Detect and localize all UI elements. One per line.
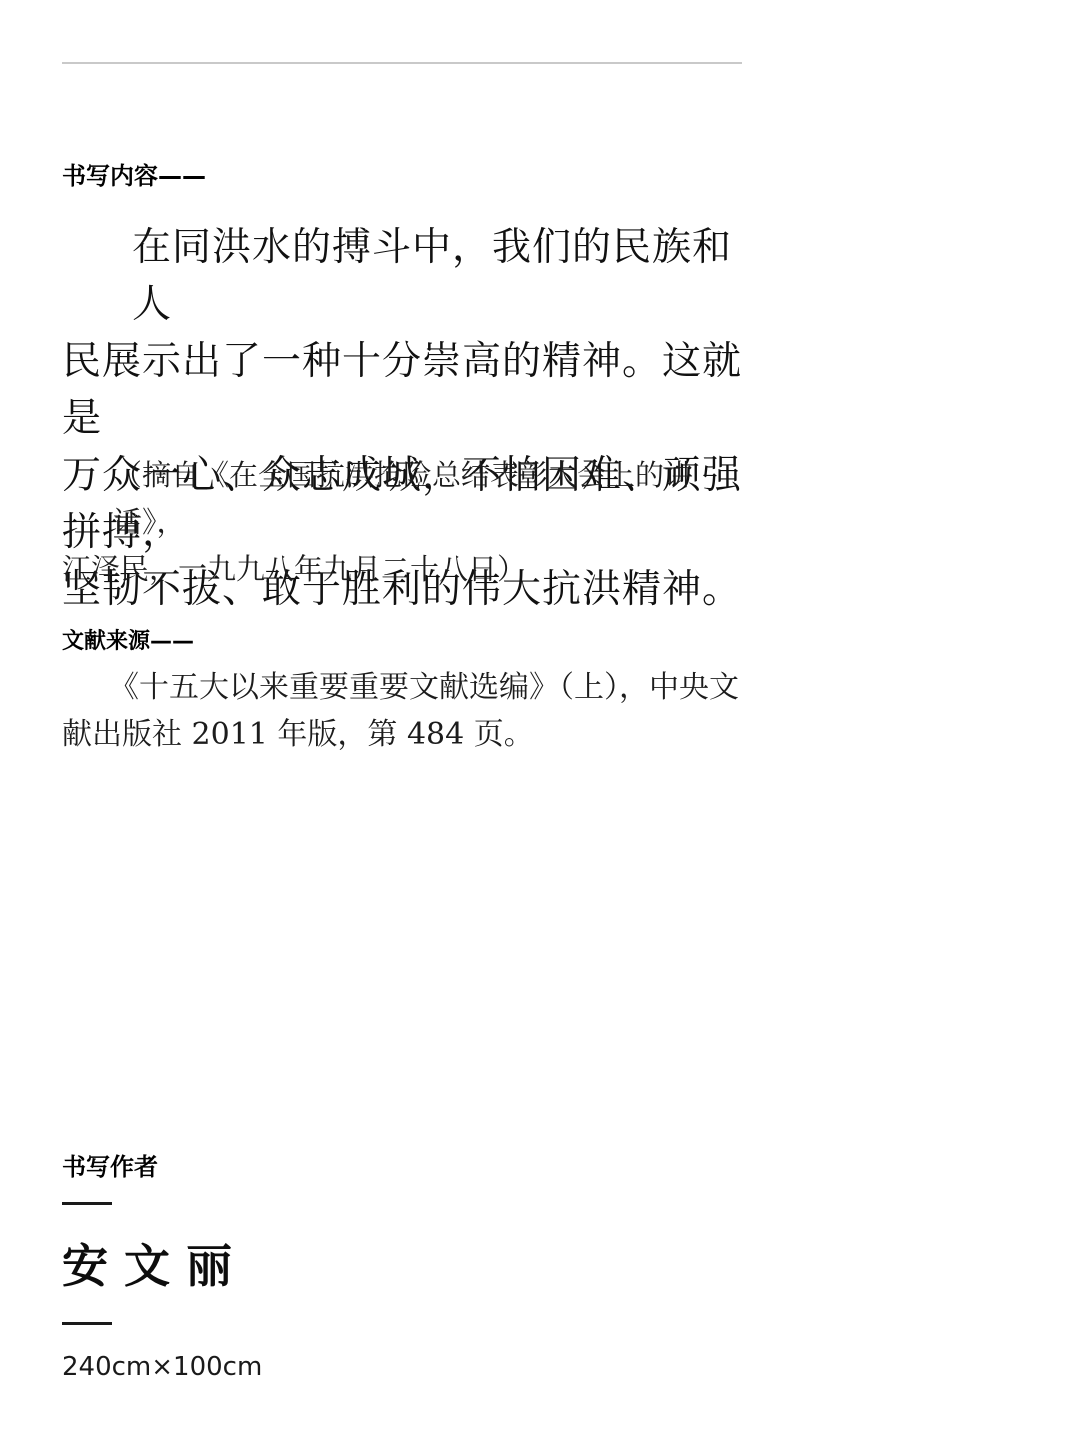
citation-line: （摘自《在全国抗洪抢险总结表彰大会上的讲话》， — [62, 452, 752, 546]
author-name: 安文丽 — [62, 1238, 248, 1294]
citation-line: 江泽民，一九九八年九月二十八日） — [62, 546, 752, 593]
citation-text: （摘自《在全国抗洪抢险总结表彰大会上的讲话》， 江泽民，一九九八年九月二十八日） — [62, 452, 752, 593]
content-section-heading: 书写内容—— — [62, 160, 206, 192]
top-divider — [62, 62, 742, 64]
rule-below-author-name — [62, 1322, 112, 1325]
artwork-dimensions: 240cm×100cm — [62, 1350, 262, 1384]
source-line: 《十五大以来重要重要文献选编》（上），中央文 — [62, 664, 752, 711]
source-line: 献出版社 2011 年版，第 484 页。 — [62, 711, 752, 758]
author-section-heading: 书写作者 — [62, 1152, 158, 1182]
article-page: 书写内容—— 在同洪水的搏斗中，我们的民族和人 民展示出了一种十分崇高的精神。这… — [0, 0, 1080, 1439]
source-section-heading: 文献来源—— — [62, 628, 194, 656]
body-line: 在同洪水的搏斗中，我们的民族和人 — [62, 219, 752, 333]
body-line: 民展示出了一种十分崇高的精神。这就是 — [62, 333, 752, 447]
source-reference-text: 《十五大以来重要重要文献选编》（上），中央文 献出版社 2011 年版，第 48… — [62, 664, 752, 758]
rule-above-author-name — [62, 1202, 112, 1205]
